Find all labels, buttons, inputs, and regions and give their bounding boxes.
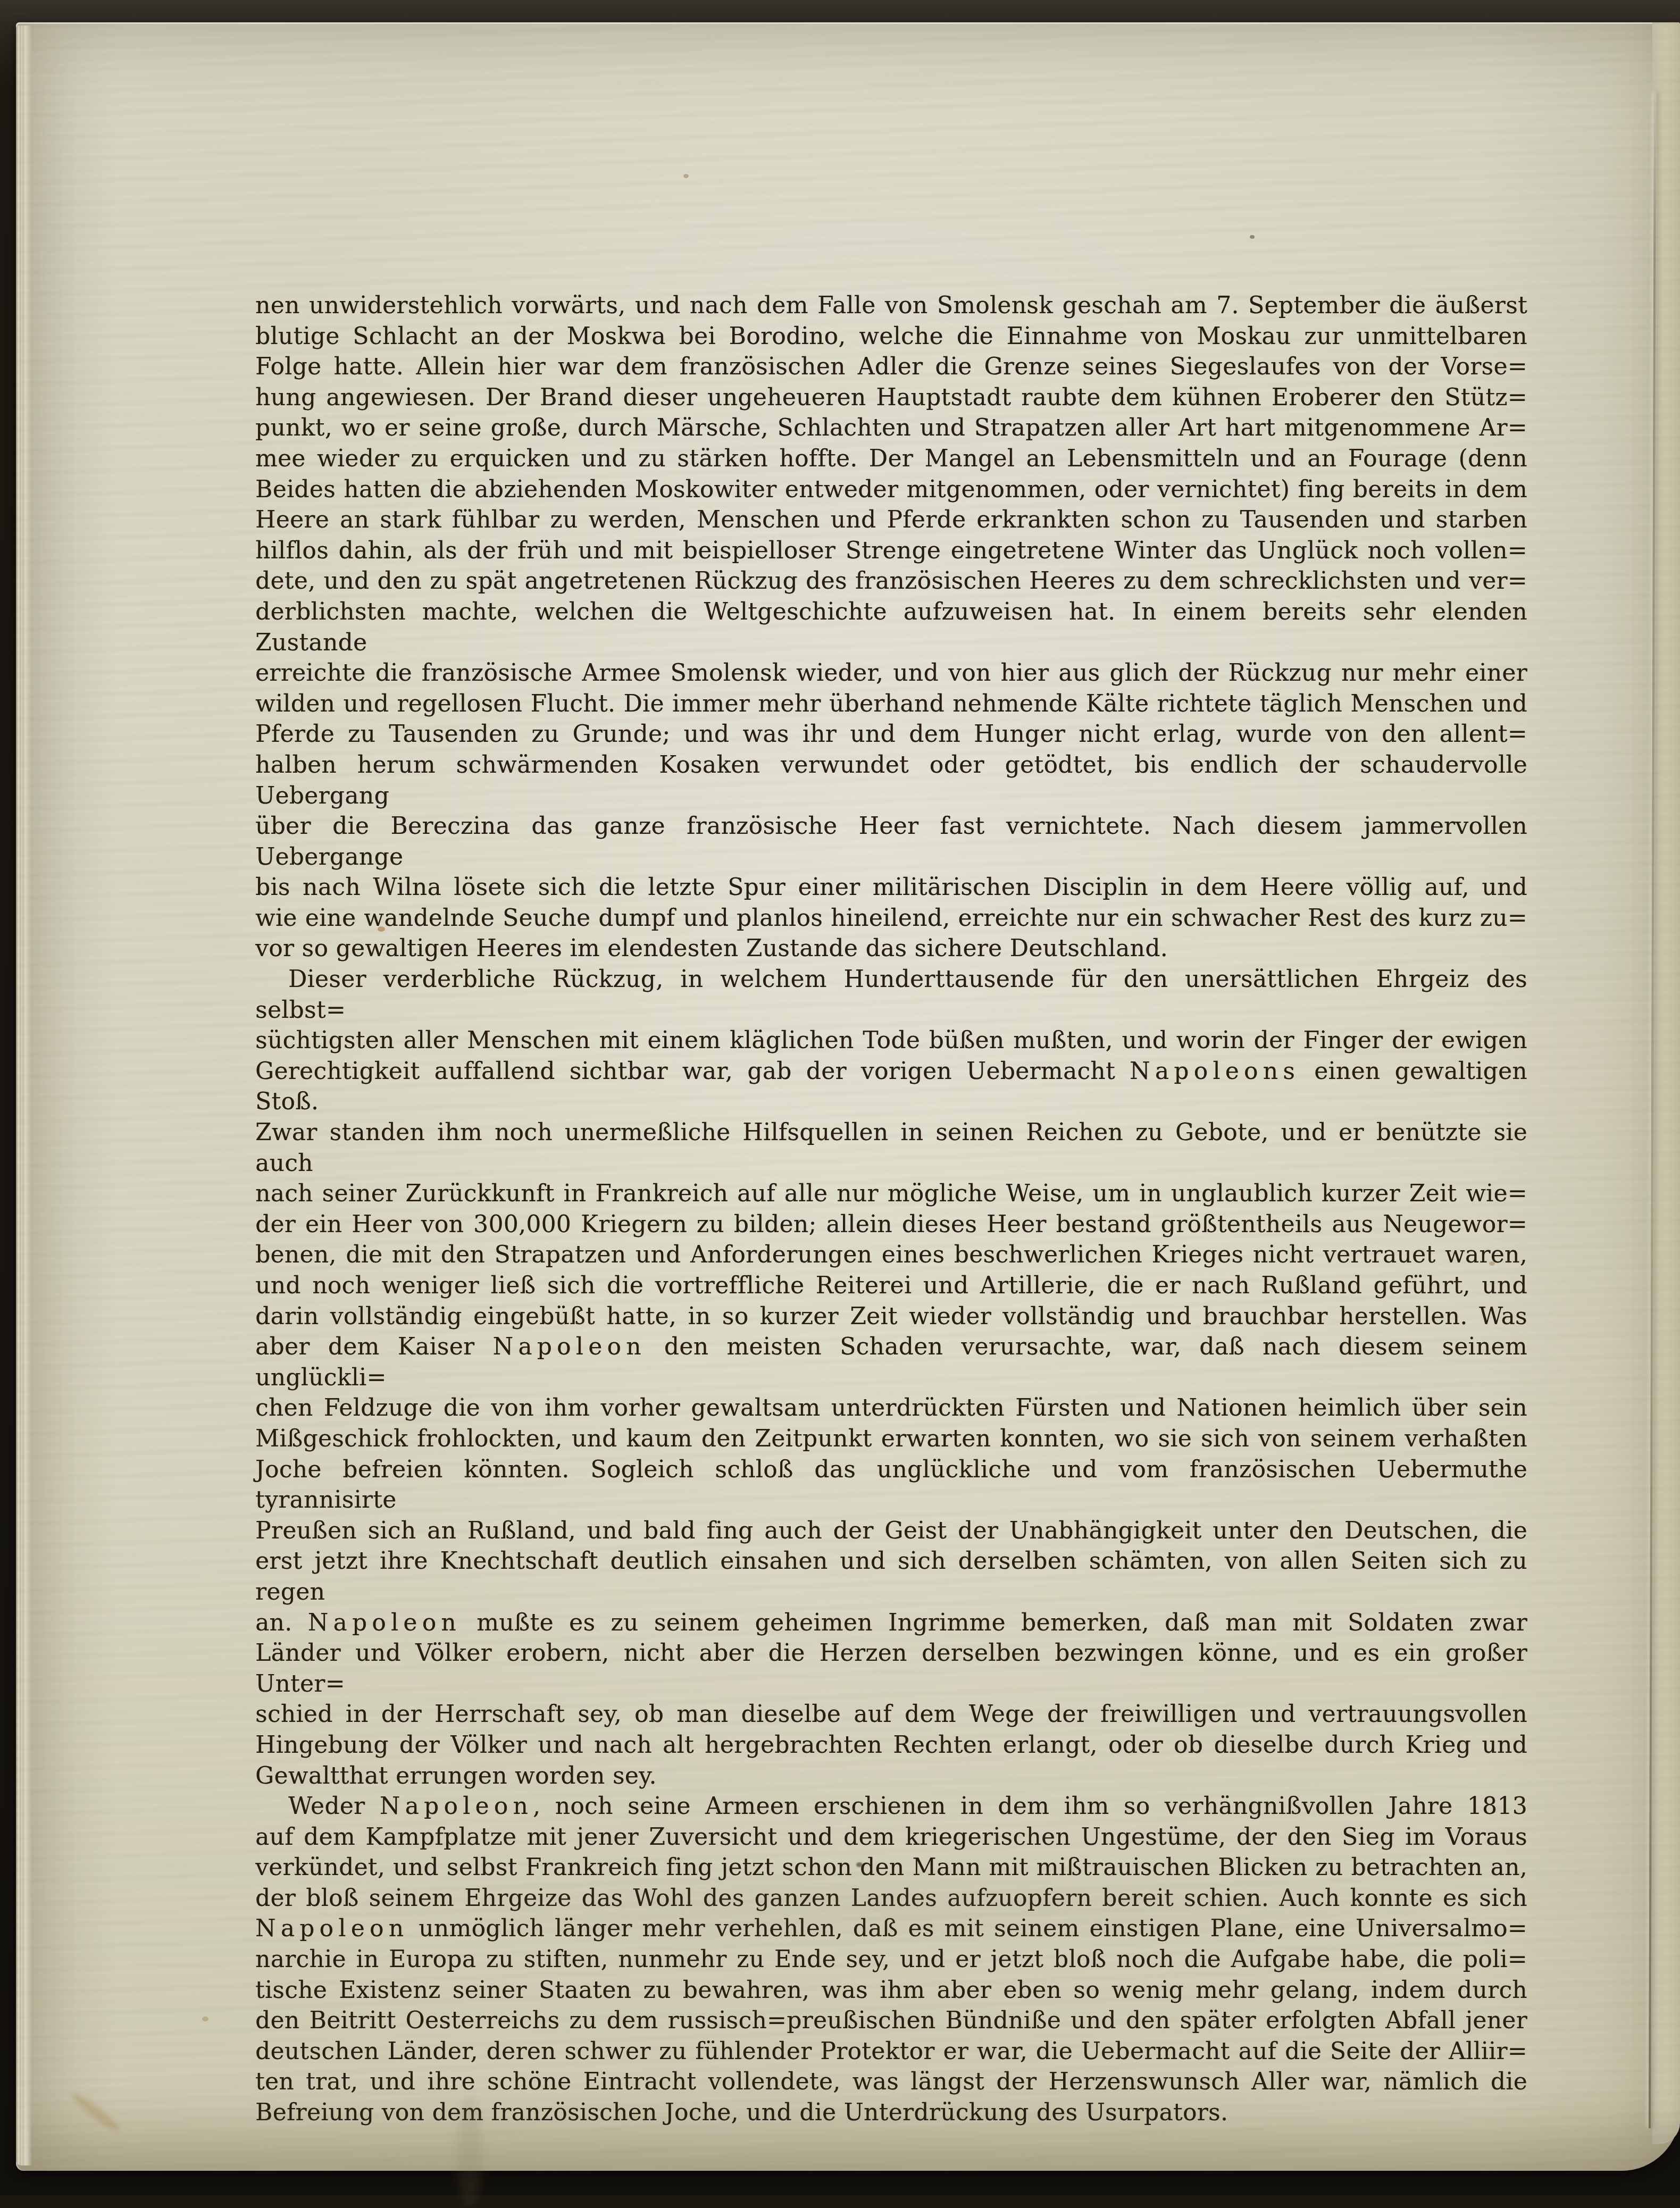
letterspaced-name: Napoleons: [1130, 1058, 1300, 1085]
text-line: Heere an stark fühlbar zu werden, Mensch…: [255, 505, 1527, 536]
text-line: an. Napoleon mußte es zu seinem geheimen…: [255, 1608, 1527, 1638]
text-line: halben herum schwärmenden Kosaken verwun…: [255, 750, 1527, 811]
text-line: schied in der Herrschaft sey, ob man die…: [255, 1699, 1527, 1730]
text-line: Länder und Völker erobern, nicht aber di…: [255, 1638, 1527, 1699]
text-line: darin vollständig eingebüßt hatte, in so…: [255, 1301, 1527, 1332]
text-block: nen unwiderstehlich vorwärts, und nach d…: [255, 290, 1527, 2128]
text-line: aber dem Kaiser Napoleon den meisten Sch…: [255, 1332, 1527, 1393]
text-line: auf dem Kampfplatze mit jener Zuversicht…: [255, 1822, 1527, 1853]
text-line: vor so gewaltigen Heeres im elendesten Z…: [255, 933, 1527, 964]
text-line: hilflos dahin, als der früh und mit beis…: [255, 536, 1527, 566]
paragraph: Weder Napoleon, noch seine Armeen erschi…: [255, 1791, 1527, 2128]
text-line: Mißgeschick frohlockten, und kaum den Ze…: [255, 1424, 1527, 1454]
text-line: Dieser verderbliche Rückzug, in welchem …: [255, 964, 1527, 1025]
text-line: Joche befreien könnten. Sogleich schloß …: [255, 1454, 1527, 1516]
text-line: Hingebung der Völker und nach alt hergeb…: [255, 1730, 1527, 1761]
letterspaced-name: Napoleon: [493, 1333, 646, 1360]
text-line: hung angewiesen. Der Brand dieser ungehe…: [255, 382, 1527, 413]
letterspaced-name: Napoleon: [308, 1609, 461, 1636]
text-line: bis nach Wilna lösete sich die letzte Sp…: [255, 872, 1527, 903]
text-line: Preußen sich an Rußland, und bald fing a…: [255, 1516, 1527, 1546]
page-stack-edge: [16, 26, 32, 2165]
paper-speck: [202, 2017, 208, 2021]
text-line: blutige Schlacht an der Moskwa bei Borod…: [255, 321, 1527, 352]
text-line: tische Existenz seiner Staaten zu bewahr…: [255, 1975, 1527, 2006]
paragraph: Dieser verderbliche Rückzug, in welchem …: [255, 964, 1527, 1791]
text-line: den Beitritt Oesterreichs zu dem russisc…: [255, 2005, 1527, 2036]
paper-stain: [70, 2090, 122, 2134]
text-line: Gewaltthat errungen worden sey.: [255, 1761, 1527, 1792]
book-page: nen unwiderstehlich vorwärts, und nach d…: [16, 22, 1680, 2171]
text-line: Befreiung von dem französischen Joche, u…: [255, 2097, 1527, 2128]
text-line: ten trat, und ihre schöne Eintracht voll…: [255, 2067, 1527, 2097]
text-line: Folge hatte. Allein hier war dem französ…: [255, 352, 1527, 382]
text-line: Weder Napoleon, noch seine Armeen erschi…: [255, 1791, 1527, 1822]
text-line: nen unwiderstehlich vorwärts, und nach d…: [255, 290, 1527, 321]
text-line: und noch weniger ließ sich die vortreffl…: [255, 1270, 1527, 1301]
text-line: dete, und den zu spät angetretenen Rückz…: [255, 566, 1527, 597]
text-line: punkt, wo er seine große, durch Märsche,…: [255, 413, 1527, 444]
text-line: narchie in Europa zu stiften, nunmehr zu…: [255, 1944, 1527, 1975]
text-line: nach seiner Zurückkunft in Frankreich au…: [255, 1178, 1527, 1209]
text-line: der ein Heer von 300,000 Kriegern zu bil…: [255, 1209, 1527, 1240]
text-line: wilden und regellosen Flucht. Die immer …: [255, 689, 1527, 720]
text-line: Pferde zu Tausenden zu Grunde; und was i…: [255, 719, 1527, 750]
paper-speck: [683, 174, 689, 178]
text-line: chen Feldzuge die von ihm vorher gewalts…: [255, 1393, 1527, 1424]
text-line: Beides hatten die abziehenden Moskowiter…: [255, 474, 1527, 505]
text-line: über die Bereczina das ganze französisch…: [255, 811, 1527, 872]
paper-speck: [1250, 235, 1255, 239]
text-line: derblichsten machte, welchen die Weltges…: [255, 597, 1527, 658]
text-line: süchtigsten aller Menschen mit einem klä…: [255, 1025, 1527, 1056]
letterspaced-name: Napoleon: [380, 1793, 533, 1820]
gutter-strip: [1652, 22, 1680, 2144]
text-line: deutschen Länder, deren schwer zu fühlen…: [255, 2036, 1527, 2067]
ink-bleed-shadow: [292, 1868, 1516, 1947]
text-line: erst jetzt ihre Knechtschaft deutlich ei…: [255, 1546, 1527, 1607]
paragraph: nen unwiderstehlich vorwärts, und nach d…: [255, 290, 1527, 964]
text-line: benen, die mit den Strapatzen und Anford…: [255, 1240, 1527, 1270]
text-line: mee wieder zu erquicken und zu stärken h…: [255, 444, 1527, 474]
text-line: Gerechtigkeit auffallend sichtbar war, g…: [255, 1056, 1527, 1117]
text-line: wie eine wandelnde Seuche dumpf und plan…: [255, 903, 1527, 934]
text-line: erreichte die französische Armee Smolens…: [255, 658, 1527, 689]
text-line: Zwar standen ihm noch unermeßliche Hilfs…: [255, 1117, 1527, 1178]
